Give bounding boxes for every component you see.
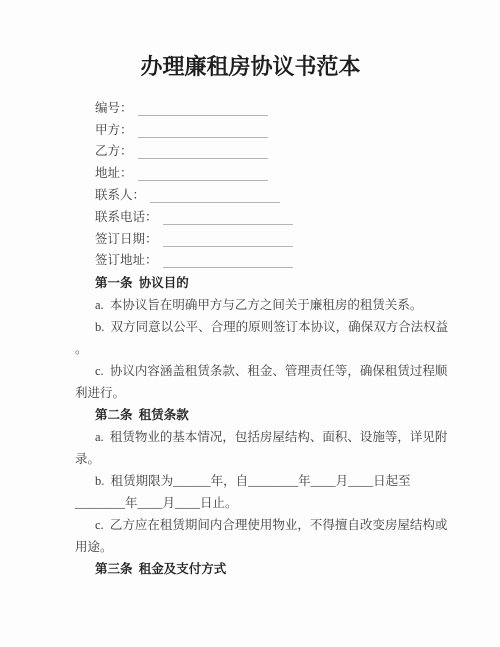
document-title: 办理廉租房协议书范本 (75, 0, 426, 80)
field-row-signing-date: 签订日期： (95, 225, 426, 247)
field-label-contact-phone: 联系电话： (95, 209, 158, 225)
field-row-contact-phone: 联系电话： (95, 203, 426, 225)
section-2-heading: 第二条 租赁条款 (75, 404, 426, 426)
section-2-clause-b-line-1: b. 租赁期限为______年，自________年____月____日起至 (75, 470, 426, 492)
section-1-clause-b-line-1: b. 双方同意以公平、合理的原则签订本协议，确保双方合法权益 (75, 316, 426, 338)
field-blank-line (163, 252, 293, 268)
field-blank-line (138, 143, 268, 159)
field-row-party-a: 甲方： (95, 116, 426, 138)
field-label-party-a: 甲方： (95, 122, 133, 138)
document-page: 办理廉租房协议书范本 编号： 甲方： 乙方： 地址： 联系人： (0, 0, 500, 647)
field-blank-line (138, 100, 268, 116)
section-2-clause-c-line-2: 用途。 (75, 536, 426, 558)
field-row-contact-person: 联系人： (95, 181, 426, 203)
field-label-party-b: 乙方： (95, 143, 133, 159)
field-row-signing-address: 签订地址： (95, 247, 426, 269)
field-blank-line (163, 209, 293, 225)
document-content: 办理廉租房协议书范本 编号： 甲方： 乙方： 地址： 联系人： (0, 0, 500, 580)
field-blank-line (138, 165, 268, 181)
field-blank-line (138, 122, 268, 138)
document-body: 第一条 协议目的 a. 本协议旨在明确甲方与乙方之间关于廉租房的租赁关系。 b.… (75, 272, 426, 580)
field-blank-line (150, 187, 280, 203)
fields-block: 编号： 甲方： 乙方： 地址： 联系人： 联系电话： (75, 94, 426, 268)
field-row-number: 编号： (95, 94, 426, 116)
section-1-heading: 第一条 协议目的 (75, 272, 426, 294)
field-row-party-b: 乙方： (95, 138, 426, 160)
section-1-clause-a-line-1: a. 本协议旨在明确甲方与乙方之间关于廉租房的租赁关系。 (75, 294, 426, 316)
field-blank-line (163, 231, 293, 247)
section-2-clause-a-line-2: 录。 (75, 448, 426, 470)
section-2-clause-b-line-2: ________年____月____日止。 (75, 492, 426, 514)
field-row-address: 地址： (95, 159, 426, 181)
section-3-heading: 第三条 租金及支付方式 (75, 558, 426, 580)
section-1-clause-b-line-2: 。 (75, 338, 426, 360)
field-label-signing-date: 签订日期： (95, 231, 158, 247)
field-label-signing-address: 签订地址： (95, 252, 158, 268)
section-1-clause-c-line-2: 利进行。 (75, 382, 426, 404)
section-2-clause-a-line-1: a. 租赁物业的基本情况，包括房屋结构、面积、设施等，详见附 (75, 426, 426, 448)
section-1-clause-c-line-1: c. 协议内容涵盖租赁条款、租金、管理责任等，确保租赁过程顺 (75, 360, 426, 382)
field-label-address: 地址： (95, 165, 133, 181)
field-label-contact-person: 联系人： (95, 187, 145, 203)
field-label-number: 编号： (95, 100, 133, 116)
section-2-clause-c-line-1: c. 乙方应在租赁期间内合理使用物业，不得擅自改变房屋结构或 (75, 514, 426, 536)
